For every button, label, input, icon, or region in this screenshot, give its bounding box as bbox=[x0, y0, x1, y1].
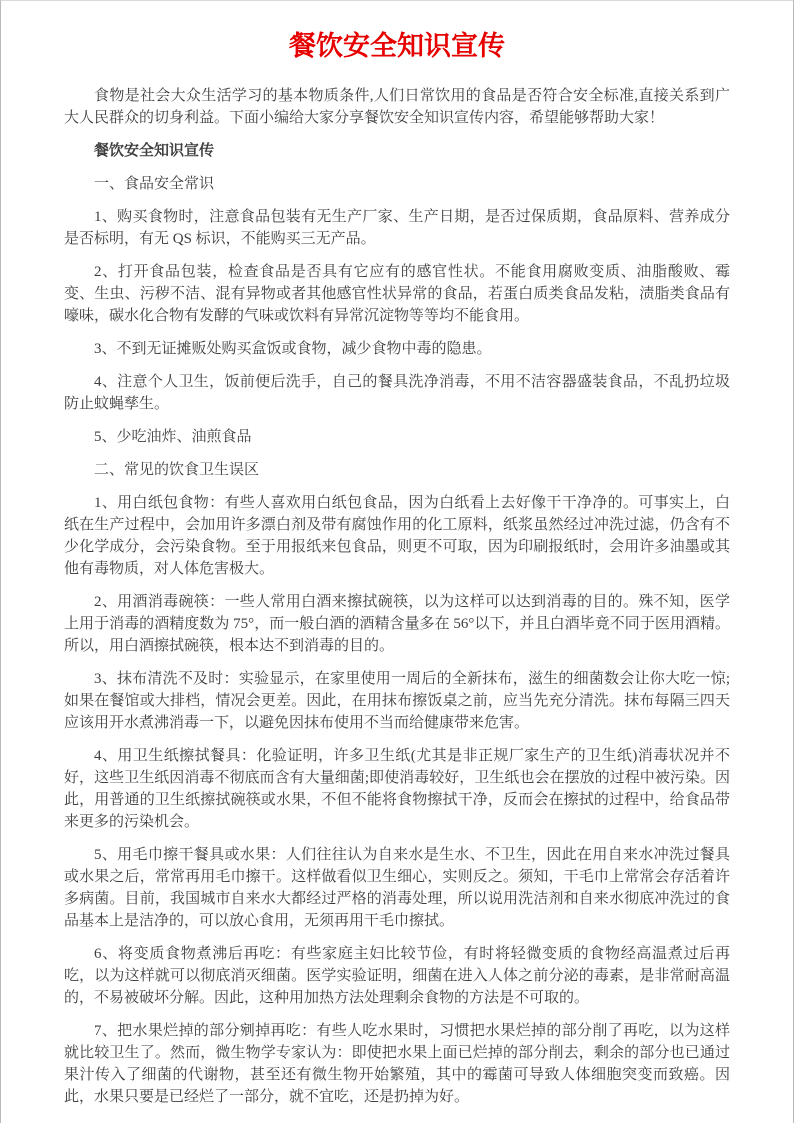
section-2-paragraph-5: 5、用毛巾擦干餐具或水果：人们往往认为自来水是生水、不卫生，因此在用自来水冲洗过… bbox=[64, 844, 730, 932]
doc-subheading: 餐饮安全知识宣传 bbox=[64, 140, 730, 162]
section-1-paragraph-2: 2、打开食品包装，检查食品是否具有它应有的感官性状。不能食用腐败变质、油脂酸败、… bbox=[64, 261, 730, 327]
section-1-paragraph-5: 5、少吃油炸、油煎食品 bbox=[64, 426, 730, 448]
section-2-paragraph-6: 6、将变质食物煮沸后再吃：有些家庭主妇比较节俭，有时将轻微变质的食物经高温煮过后… bbox=[64, 943, 730, 1009]
section-2-paragraph-4: 4、用卫生纸擦拭餐具：化验证明，许多卫生纸(尤其是非正规厂家生产的卫生纸)消毒状… bbox=[64, 745, 730, 833]
section-2-paragraph-1: 1、用白纸包食物：有些人喜欢用白纸包食品，因为白纸看上去好像干干净净的。可事实上… bbox=[64, 492, 730, 580]
document-title: 餐饮安全知识宣传 bbox=[64, 29, 730, 63]
section-2-paragraph-2: 2、用酒消毒碗筷：一些人常用白酒来擦拭碗筷，以为这样可以达到消毒的目的。殊不知，… bbox=[64, 591, 730, 657]
document-page: 餐饮安全知识宣传 食物是社会大众生活学习的基本物质条件,人们日常饮用的食品是否符… bbox=[0, 0, 794, 1123]
section-2-heading: 二、常见的饮食卫生误区 bbox=[64, 459, 730, 481]
section-1-paragraph-1: 1、购买食物时，注意食品包装有无生产厂家、生产日期，是否过保质期，食品原料、营养… bbox=[64, 206, 730, 250]
section-1-paragraph-3: 3、不到无证摊贩处购买盒饭或食物，减少食物中毒的隐患。 bbox=[64, 338, 730, 360]
document-content: 餐饮安全知识宣传 食物是社会大众生活学习的基本物质条件,人们日常饮用的食品是否符… bbox=[1, 29, 793, 1108]
section-2-paragraph-7: 7、把水果烂掉的部分剜掉再吃：有些人吃水果时，习惯把水果烂掉的部分削了再吃，以为… bbox=[64, 1020, 730, 1108]
section-1-heading: 一、食品安全常识 bbox=[64, 173, 730, 195]
intro-paragraph: 食物是社会大众生活学习的基本物质条件,人们日常饮用的食品是否符合安全标准,直接关… bbox=[64, 85, 730, 129]
section-2-paragraph-3: 3、抹布清洗不及时：实验显示，在家里使用一周后的全新抹布，滋生的细菌数会让你大吃… bbox=[64, 668, 730, 734]
section-1-paragraph-4: 4、注意个人卫生，饭前便后洗手，自己的餐具洗净消毒，不用不洁容器盛装食品，不乱扔… bbox=[64, 371, 730, 415]
